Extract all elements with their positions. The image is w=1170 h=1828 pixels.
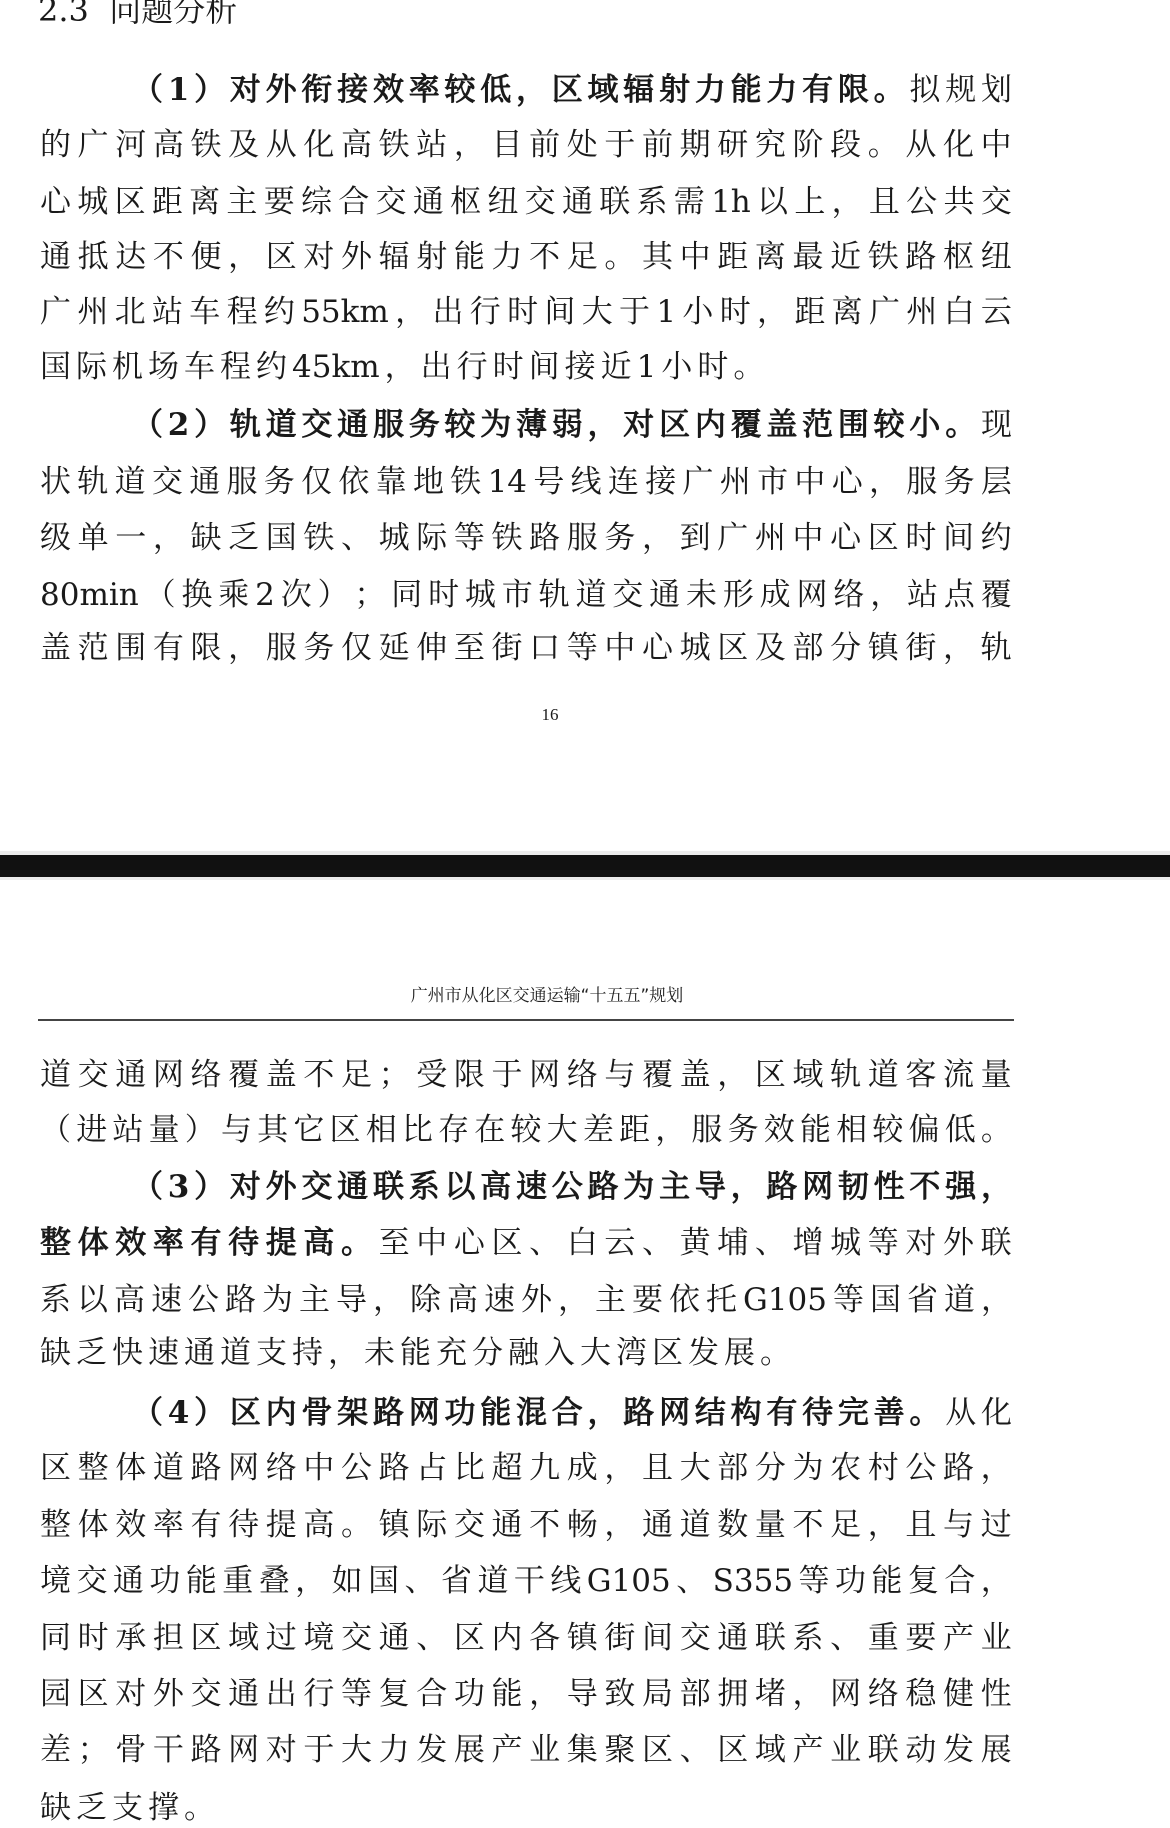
line-text: （进站量）与其它区相比存在较大差距，服务效能相较偏低。 <box>40 1110 1012 1150</box>
body-text: 交 <box>680 1618 711 1658</box>
line-text: 级单一，缺乏国铁、城际等铁路服务，到广州中心区时间约 <box>40 518 1012 558</box>
body-text: 1h <box>711 182 751 222</box>
body-text: 外 <box>943 1223 974 1263</box>
bold-text: 效 <box>373 70 404 110</box>
body-text: 车 <box>184 347 215 387</box>
line-text: 缺乏支撑。 <box>40 1788 1012 1828</box>
body-text: 要 <box>905 1618 936 1658</box>
body-text: 。 <box>760 1333 791 1373</box>
body-text: 服 <box>906 462 937 502</box>
body-text: 。 <box>604 237 635 277</box>
body-text: 线 <box>550 1561 581 1601</box>
body-text: 通 <box>189 462 220 502</box>
body-text: 州 <box>906 292 937 332</box>
body-text: 综 <box>301 182 332 222</box>
body-text: 街 <box>905 628 936 668</box>
body-text: 纽 <box>487 182 518 222</box>
body-text: 公 <box>188 1280 219 1320</box>
body-text: 纽 <box>981 237 1012 277</box>
body-text: 等 <box>799 1561 830 1601</box>
body-text: 成 <box>760 575 791 615</box>
body-text: 、 <box>416 1618 447 1658</box>
body-text: 通 <box>642 1505 673 1545</box>
bold-text: ， <box>516 70 547 110</box>
body-text: ， <box>757 292 788 332</box>
body-text: 从 <box>266 125 297 165</box>
body-text: 交 <box>376 182 407 222</box>
body-text: 网 <box>228 1730 259 1770</box>
bold-text: 射 <box>659 70 690 110</box>
body-text: 大 <box>580 1333 611 1373</box>
paragraph-line: 80min（换乘2次）；同时城市轨道交通未形成网络，站点覆 <box>40 575 1012 615</box>
body-text: 交 <box>341 1618 372 1658</box>
body-text: 对 <box>905 1223 936 1263</box>
body-text: 次 <box>281 575 312 615</box>
body-text: 速 <box>484 1280 515 1320</box>
bold-text: 高 <box>480 1167 511 1207</box>
body-text: 与 <box>221 1110 252 1150</box>
bold-text: 性 <box>874 1167 905 1207</box>
body-text: ， <box>604 1448 635 1488</box>
body-text: 通 <box>40 237 71 277</box>
bold-text: 提 <box>266 1223 297 1263</box>
paragraph-line: 境交通功能重叠，如国、省道干线G105、S355等功能复合， <box>40 1561 1012 1601</box>
body-text: 广 <box>869 292 900 332</box>
body-text: 仅 <box>341 628 372 668</box>
bold-text: 外 <box>266 1167 297 1207</box>
body-text: 速 <box>148 1333 179 1373</box>
body-text: 约 <box>256 347 287 387</box>
body-text: 1 <box>637 347 657 387</box>
body-text: 14 <box>488 462 527 502</box>
body-text: 铁 <box>379 125 410 165</box>
body-text: 城 <box>465 575 496 615</box>
paragraph-line: 系以高速公路为主导，除高速外，主要依托G105等国省道， <box>40 1280 1012 1320</box>
body-text: 比 <box>402 1110 433 1150</box>
body-text: S355 <box>713 1561 793 1601</box>
body-text: 盖 <box>266 1055 297 1095</box>
body-text: 接 <box>565 347 596 387</box>
body-text: 时 <box>78 1618 109 1658</box>
line-text: （4）区内骨架路网功能混合，路网结构有待完善。从化 <box>132 1393 1012 1433</box>
body-text: 轨 <box>539 575 570 615</box>
body-text: 公 <box>341 1448 372 1488</box>
body-text: ， <box>529 1674 560 1714</box>
body-text: G105 <box>743 1280 827 1320</box>
body-text: 市 <box>502 575 533 615</box>
body-text: 等 <box>868 1223 899 1263</box>
body-text: 限 <box>191 628 222 668</box>
body-text: 。 <box>184 1788 215 1828</box>
body-text: 局 <box>642 1674 673 1714</box>
body-text: 乏 <box>76 1788 107 1828</box>
bold-text: 整 <box>40 1223 71 1263</box>
body-text: 化 <box>303 125 334 165</box>
body-text: 心 <box>642 628 673 668</box>
body-text: 联 <box>981 1223 1012 1263</box>
body-text: 动 <box>905 1730 936 1770</box>
bold-text: 薄 <box>516 405 547 445</box>
line-text: 同时承担区域过境交通、区内各镇街间交通联系、重要产业 <box>40 1618 1012 1658</box>
body-text: 足 <box>341 1055 372 1095</box>
body-text: 区 <box>191 1618 222 1658</box>
body-text: 行 <box>457 347 488 387</box>
body-text: 骨 <box>115 1730 146 1770</box>
body-text: 区 <box>40 1448 71 1488</box>
body-text: 快 <box>112 1333 143 1373</box>
body-text: 时 <box>697 347 728 387</box>
body-text: 约 <box>981 518 1012 558</box>
bold-text: 善 <box>874 1393 905 1433</box>
body-text: 要 <box>264 182 295 222</box>
body-text: 它 <box>293 1110 324 1150</box>
bold-text: 域 <box>588 70 619 110</box>
bold-text: （ <box>132 70 163 110</box>
body-text: 有 <box>153 628 184 668</box>
bold-text: 区 <box>230 1393 261 1433</box>
bold-text: 高 <box>303 1223 334 1263</box>
body-text: 九 <box>529 1448 560 1488</box>
body-text: 通 <box>184 1333 215 1373</box>
body-text: 达 <box>115 237 146 277</box>
body-text: 功 <box>454 1674 485 1714</box>
body-text: 区 <box>330 1110 361 1150</box>
body-text: 务 <box>303 628 334 668</box>
body-text: 区 <box>755 1055 786 1095</box>
bold-text: 体 <box>78 1223 109 1263</box>
body-text: 网 <box>797 575 828 615</box>
body-text: 单 <box>78 518 109 558</box>
body-text: 际 <box>416 1505 447 1545</box>
body-text: 的 <box>40 125 71 165</box>
body-text: 离 <box>755 237 786 277</box>
body-text: 限 <box>454 1055 485 1095</box>
bold-text: 衔 <box>301 70 332 110</box>
bold-text: 务 <box>409 405 440 445</box>
body-text: 担 <box>153 1618 184 1658</box>
body-text: 主 <box>595 1280 626 1320</box>
body-text: 轨 <box>77 462 108 502</box>
bold-text: 有 <box>191 1223 222 1263</box>
body-text: 发 <box>688 1333 719 1373</box>
body-text: 能 <box>800 1110 831 1150</box>
body-text: 靠 <box>376 462 407 502</box>
line-text: 状轨道交通服务仅依靠地铁14号线连接广州市中心，服务层 <box>40 462 1012 502</box>
bold-text: 交 <box>301 405 332 445</box>
body-text: 集 <box>567 1730 598 1770</box>
body-text: 且 <box>869 182 900 222</box>
bold-text: 公 <box>552 1167 583 1207</box>
bold-text: 路 <box>623 1393 654 1433</box>
bold-text: 网 <box>409 1393 440 1433</box>
body-text: ， <box>832 182 863 222</box>
body-text: 交 <box>191 1674 222 1714</box>
body-text: 盖 <box>40 628 71 668</box>
body-text: 干 <box>514 1561 545 1601</box>
body-text: 。 <box>733 347 764 387</box>
body-text: 道 <box>868 1055 899 1095</box>
body-text: 域 <box>793 1055 824 1095</box>
bold-text: 功 <box>444 1393 475 1433</box>
body-text: 出 <box>266 1674 297 1714</box>
body-text: 能 <box>400 1333 431 1373</box>
body-text: 伸 <box>416 628 447 668</box>
paragraph-line: 道交通网络覆盖不足；受限于网络与覆盖，区域轨道客流量 <box>40 1055 1012 1095</box>
bold-text: 架 <box>337 1393 368 1433</box>
body-text: 络 <box>266 1448 297 1488</box>
body-text: 于 <box>604 125 635 165</box>
body-text: 路 <box>379 1448 410 1488</box>
body-text: 近 <box>601 347 632 387</box>
body-text: 行 <box>470 292 501 332</box>
body-text: ， <box>454 125 485 165</box>
body-text: 延 <box>379 628 410 668</box>
body-text: 超 <box>492 1448 523 1488</box>
body-text: 级 <box>40 518 71 558</box>
body-text: 形 <box>723 575 754 615</box>
body-text: 口 <box>529 628 560 668</box>
body-text: 交 <box>525 182 556 222</box>
body-text: 间 <box>529 347 560 387</box>
paragraph-line: 同时承担区域过境交通、区内各镇街间交通联系、重要产业 <box>40 1618 1012 1658</box>
paragraph-line: 缺乏支撑。 <box>40 1788 1012 1828</box>
body-text: 服 <box>266 628 297 668</box>
body-text: 黄 <box>680 1223 711 1263</box>
body-text: 力 <box>492 237 523 277</box>
body-text: 主 <box>226 182 257 222</box>
body-text: 距 <box>619 1110 650 1150</box>
body-text: 区 <box>492 1223 523 1263</box>
body-text: 展 <box>981 1730 1012 1770</box>
body-text: 枢 <box>450 182 481 222</box>
body-text: 于 <box>303 1730 334 1770</box>
body-text: 整 <box>40 1505 71 1545</box>
body-text: 到 <box>680 518 711 558</box>
body-text: 效 <box>764 1110 795 1150</box>
paragraph-line: （4）区内骨架路网功能混合，路网结构有待完善。从化 <box>132 1393 1012 1433</box>
body-text: 研 <box>717 125 748 165</box>
body-text: 小 <box>682 292 713 332</box>
body-text: 镇 <box>567 1618 598 1658</box>
body-text: 际 <box>76 347 107 387</box>
body-text: 分 <box>830 628 861 668</box>
body-text: 出 <box>421 347 452 387</box>
body-text: ） <box>318 575 349 615</box>
bold-text: 有 <box>802 70 833 110</box>
body-text: 导 <box>567 1674 598 1714</box>
body-text: 中 <box>604 628 635 668</box>
body-text: 河 <box>115 125 146 165</box>
body-text: 时 <box>428 575 459 615</box>
bold-text: 能 <box>731 70 762 110</box>
body-text: 区 <box>78 1674 109 1714</box>
body-text: ， <box>373 1280 404 1320</box>
bold-text: 道 <box>266 405 297 445</box>
body-text: 程 <box>220 347 251 387</box>
body-text: 道 <box>115 462 146 502</box>
body-text: 1 <box>656 292 676 332</box>
body-text: 区 <box>642 1730 673 1770</box>
body-text: 铁 <box>450 462 481 502</box>
body-text: 足 <box>567 237 598 277</box>
bold-text: 交 <box>301 1167 332 1207</box>
body-text: 时 <box>493 347 524 387</box>
body-text: 同 <box>40 1618 71 1658</box>
body-text: 路 <box>225 1280 256 1320</box>
body-text: 中 <box>793 518 824 558</box>
body-text: 足 <box>830 1505 861 1545</box>
body-text: ， <box>328 1333 359 1373</box>
body-text: 换 <box>181 575 212 615</box>
body-text: 各 <box>529 1618 560 1658</box>
body-text: 域 <box>755 1730 786 1770</box>
bold-text: 能 <box>480 1393 511 1433</box>
body-text: 广 <box>40 292 71 332</box>
bold-text: 以 <box>444 1167 475 1207</box>
bold-text: 4 <box>168 1393 190 1433</box>
bold-text: 。 <box>909 1393 940 1433</box>
body-text: 且 <box>905 1505 936 1545</box>
body-text: 差 <box>583 1110 614 1150</box>
body-text: 道 <box>575 575 606 615</box>
body-text: 提 <box>266 1505 297 1545</box>
body-text: 阶 <box>793 125 824 165</box>
body-text: 合 <box>416 1674 447 1714</box>
body-text: 支 <box>112 1788 143 1828</box>
body-text: 湾 <box>616 1333 647 1373</box>
body-text: 重 <box>222 1561 253 1601</box>
body-text: 州 <box>77 292 108 332</box>
body-text: 期 <box>680 125 711 165</box>
body-text: ； <box>354 575 385 615</box>
body-text: 区 <box>717 628 748 668</box>
body-text: 中 <box>981 125 1012 165</box>
body-text: 域 <box>228 1618 259 1658</box>
body-text: ， <box>868 1505 899 1545</box>
bold-text: 区 <box>659 405 690 445</box>
body-text: 以 <box>77 1280 108 1320</box>
body-text: 白 <box>567 1223 598 1263</box>
body-text: 较 <box>872 1110 903 1150</box>
bold-text: 联 <box>373 1167 404 1207</box>
body-text: 网 <box>529 1055 560 1095</box>
body-text: 省 <box>907 1280 938 1320</box>
bold-text: 速 <box>516 1167 547 1207</box>
body-text: 对 <box>115 1674 146 1714</box>
body-text: 接 <box>645 462 676 502</box>
body-text: 镇 <box>379 1505 410 1545</box>
body-text: 于 <box>619 292 650 332</box>
body-text: 络 <box>191 1055 222 1095</box>
body-text: 其 <box>257 1110 288 1150</box>
body-text: 高 <box>447 1280 478 1320</box>
paragraph-line: 级单一，缺乏国铁、城际等铁路服务，到广州中心区时间约 <box>40 518 1012 558</box>
paragraph-line: 国际机场车程约45km，出行时间接近1小时。 <box>40 347 1012 387</box>
bold-text: 混 <box>516 1393 547 1433</box>
body-text: 间 <box>544 292 575 332</box>
bold-text: ， <box>588 1393 619 1433</box>
body-text: 发 <box>943 1730 974 1770</box>
body-text: 速 <box>151 1280 182 1320</box>
body-text: 偏 <box>909 1110 940 1150</box>
line-text: 广州北站车程约55km，出行时间大于1小时，距离广州白云 <box>40 292 1012 332</box>
bold-text: 轨 <box>230 405 261 445</box>
bold-text: 路 <box>766 1167 797 1207</box>
body-text: 务 <box>264 462 295 502</box>
bold-text: 为 <box>480 405 511 445</box>
body-text: 复 <box>908 1561 939 1601</box>
body-text: 间 <box>943 518 974 558</box>
body-text: 功 <box>149 1561 180 1601</box>
body-text: 过 <box>981 1505 1012 1545</box>
body-text: 国 <box>40 347 71 387</box>
body-text: 广 <box>717 518 748 558</box>
paragraph-line: 缺乏快速通道支持，未能充分融入大湾区发展。 <box>40 1333 1012 1373</box>
body-text: 部 <box>793 628 824 668</box>
body-text: 连 <box>608 462 639 502</box>
paragraph-line: 盖范围有限，服务仅延伸至街口等中心城区及部分镇街，轨 <box>40 628 1012 668</box>
body-text: 际 <box>416 518 447 558</box>
body-text: ， <box>558 1280 589 1320</box>
body-text: 道 <box>477 1561 508 1601</box>
body-text: 网 <box>153 1055 184 1095</box>
body-text: 不 <box>793 1505 824 1545</box>
body-text: 距 <box>794 292 825 332</box>
body-text: 联 <box>599 182 630 222</box>
body-text: 距 <box>152 182 183 222</box>
body-text: 通 <box>379 1618 410 1658</box>
body-text: 差 <box>40 1730 71 1770</box>
body-text: 时 <box>905 518 936 558</box>
paragraph-line: 状轨道交通服务仅依靠地铁14号线连接广州市中心，服务层 <box>40 462 1012 502</box>
body-text: 外 <box>153 1674 184 1714</box>
body-text: 交 <box>78 1055 109 1095</box>
body-text: 网 <box>830 1674 861 1714</box>
body-text: ， <box>870 575 901 615</box>
body-text: 前 <box>529 125 560 165</box>
body-text: 联 <box>755 1618 786 1658</box>
bold-text: 覆 <box>731 405 762 445</box>
body-text: 展 <box>454 1730 485 1770</box>
body-text: 系 <box>40 1280 71 1320</box>
body-text: 覆 <box>642 1055 673 1095</box>
header-rule <box>38 1019 1014 1021</box>
body-text: 外 <box>521 1280 552 1320</box>
body-text: 路 <box>191 1730 222 1770</box>
body-text: 叠 <box>259 1561 290 1601</box>
body-text: 量 <box>981 1055 1012 1095</box>
body-text: 务 <box>604 518 635 558</box>
body-text: 心 <box>40 182 71 222</box>
body-text: 高 <box>303 1505 334 1545</box>
line-text: 差；骨干路网对于大力发展产业集聚区、区域产业联动发展 <box>40 1730 1012 1770</box>
page-gap <box>0 877 1170 880</box>
paragraph-line: 整体效率有待提高。至中心区、白云、黄埔、增城等对外联 <box>40 1223 1012 1263</box>
body-text: 区 <box>868 518 899 558</box>
body-text: 中 <box>680 237 711 277</box>
body-text: 复 <box>379 1674 410 1714</box>
body-text: 通 <box>113 1561 144 1601</box>
bold-text: 网 <box>659 1393 690 1433</box>
body-text: 道 <box>680 1505 711 1545</box>
body-text: 客 <box>905 1055 936 1095</box>
body-text: 重 <box>868 1618 899 1658</box>
body-text: 且 <box>642 1448 673 1488</box>
body-text: 中 <box>416 1223 447 1263</box>
body-text: 小 <box>661 347 692 387</box>
body-text: 城 <box>680 628 711 668</box>
body-text: 机 <box>112 347 143 387</box>
